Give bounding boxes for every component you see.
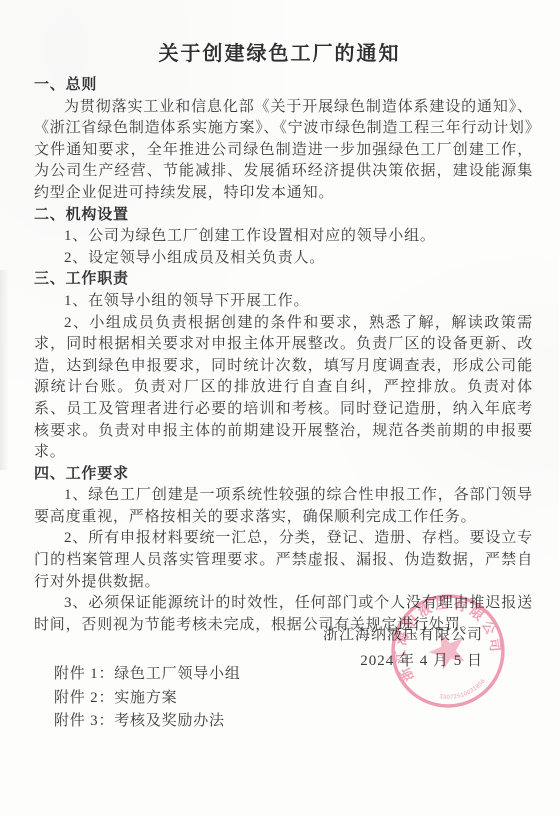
section-work-requirements: 四、工作要求 1、绿色工厂创建是一项系统性较强的综合性申报工作，各部门领导要高度… xyxy=(34,464,533,637)
paragraph: 1、绿色工厂创建是一项系统性较强的综合性申报工作，各部门领导要高度重视，严格按相… xyxy=(34,485,533,528)
attachment-item: 附件 2：实施方案 xyxy=(54,687,241,711)
svg-text:33072510031856: 33072510031856 xyxy=(437,676,490,707)
paragraph: 2、小组成员负责根据创建的条件和要求，熟悉了解，解读政策需求，同时根据相关要求对… xyxy=(34,313,533,464)
attachment-item: 附件 3：考核及奖励办法 xyxy=(54,710,241,734)
paragraph: 2、设定领导小组成员及相关负责人。 xyxy=(34,248,533,270)
signoff-block: 浙江海纳液压有限公司 2024 年 4 月 5 日 xyxy=(323,622,483,674)
attachments-list: 附件 1：绿色工厂领导小组 附件 2：实施方案 附件 3：考核及奖励办法 xyxy=(54,663,241,734)
attachment-item: 附件 1：绿色工厂领导小组 xyxy=(54,663,241,687)
section-general-rules: 一、总则 为贯彻落实工业和信息化部《关于开展绿色制造体系建设的通知》、《浙江省绿… xyxy=(34,75,533,205)
paragraph: 为贯彻落实工业和信息化部《关于开展绿色制造体系建设的通知》、《浙江省绿色制造体系… xyxy=(34,97,533,205)
document-page: 关于创建绿色工厂的通知 一、总则 为贯彻落实工业和信息化部《关于开展绿色制造体系… xyxy=(0,0,559,816)
paragraph: 1、在领导小组的领导下开展工作。 xyxy=(34,291,533,313)
section-duties: 三、工作职责 1、在领导小组的领导下开展工作。 2、小组成员负责根据创建的条件和… xyxy=(34,269,533,463)
signoff-date: 2024 年 4 月 5 日 xyxy=(323,648,483,674)
paragraph: 2、所有申报材料要统一汇总，分类，登记、造册、存档。要设立专门的档案管理人员落实… xyxy=(34,528,533,593)
page-title: 关于创建绿色工厂的通知 xyxy=(0,0,559,66)
section-heading: 三、工作职责 xyxy=(34,269,533,291)
paragraph: 1、公司为绿色工厂创建工作设置相对应的领导小组。 xyxy=(34,226,533,248)
section-heading: 一、总则 xyxy=(34,75,533,97)
section-organization: 二、机构设置 1、公司为绿色工厂创建工作设置相对应的领导小组。 2、设定领导小组… xyxy=(34,205,533,270)
signoff-company: 浙江海纳液压有限公司 xyxy=(323,622,483,648)
section-heading: 四、工作要求 xyxy=(34,464,533,486)
section-heading: 二、机构设置 xyxy=(34,205,533,227)
document-body: 一、总则 为贯彻落实工业和信息化部《关于开展绿色制造体系建设的通知》、《浙江省绿… xyxy=(0,66,559,636)
seal-serial-number: 33072510031856 xyxy=(437,676,490,707)
